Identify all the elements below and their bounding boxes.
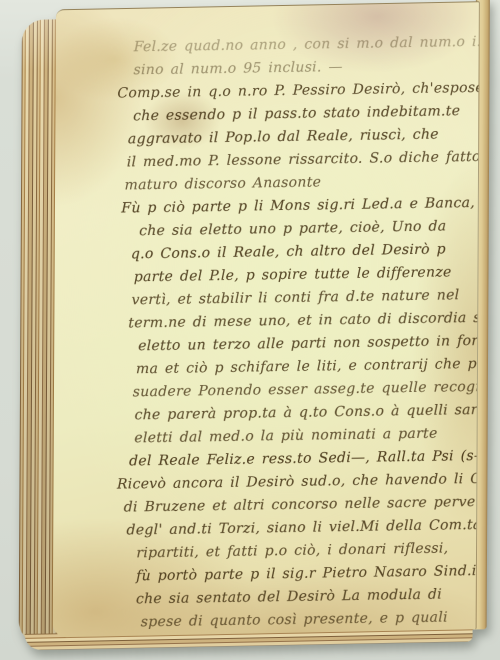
manuscript-page: Fel.ze quad.no anno , con si m.o dal num… — [53, 1, 480, 637]
manuscript-line: spese di quanto così presente, e p quali — [141, 606, 469, 634]
manuscript-text: Fel.ze quad.no anno , con si m.o dal num… — [126, 31, 474, 635]
photo-background: Fel.ze quad.no anno , con si m.o dal num… — [0, 0, 500, 660]
manuscript-book: Fel.ze quad.no anno , con si m.o dal num… — [19, 0, 490, 650]
